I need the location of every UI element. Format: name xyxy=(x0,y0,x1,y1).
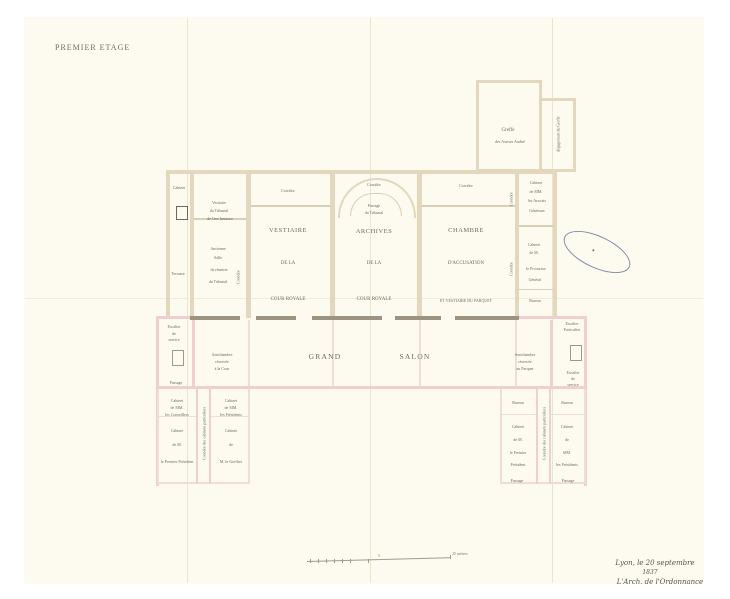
sw-cabinet-a-label: les Conseillers xyxy=(165,412,188,417)
archives-label: ARCHIVES xyxy=(356,228,393,235)
sw-cabinet-b-label: Cabinet xyxy=(171,428,183,433)
fold-line xyxy=(187,18,188,583)
west-stair-label: service xyxy=(168,337,179,342)
archives-label: COUR ROYALE xyxy=(357,297,392,302)
north-wall xyxy=(166,170,536,174)
se-bureau-a-label: Bureau xyxy=(512,400,524,405)
east-service-stair-label: de xyxy=(571,376,575,381)
salon-partition xyxy=(550,320,553,386)
corridor-line xyxy=(422,205,515,207)
vestiaire-cour-label: COUR ROYALE xyxy=(271,297,306,302)
salon-north-wall-east xyxy=(519,316,587,319)
cabinet-avocats-label: Généraux xyxy=(529,208,545,213)
east-service-stair-label: service xyxy=(567,382,578,387)
sw-corridor-label: Corridor des cabinets particuliers xyxy=(202,398,207,468)
greffe-room xyxy=(476,80,542,172)
west-antechamber-label: réservée xyxy=(215,359,228,364)
corridor-vertical-label: Corridor xyxy=(236,262,241,292)
sw-cabinet-c-label: de MM. xyxy=(225,405,238,410)
scale-mid-label: 5 xyxy=(378,553,380,558)
partition-line xyxy=(551,414,584,415)
ne-bureau-label: Bureau xyxy=(529,298,541,303)
corridor-line xyxy=(251,205,330,207)
ne-corridor-label: Corridor xyxy=(509,255,514,283)
salon-north-wall xyxy=(395,316,441,320)
grand-salon-label: GRAND xyxy=(309,352,342,361)
sw-cabinet-b-label: de M. xyxy=(172,442,181,447)
chambre-corridor-label: Corridor xyxy=(459,183,473,188)
se-cabinet-f-label: de xyxy=(565,437,569,442)
cabinet-avocats-label: Cabinet xyxy=(530,180,542,185)
se-corridor-wall xyxy=(536,389,538,484)
salon-north-wall xyxy=(455,316,519,320)
scale-tick xyxy=(326,559,327,563)
se-passage-label: Passage xyxy=(562,478,575,483)
cabinet-procureur-label: le Procureur xyxy=(526,266,546,271)
stair-west xyxy=(172,350,184,366)
greffe-sub-label: des Assises Audité xyxy=(495,139,525,144)
ancienne-salle-label: de réunion xyxy=(211,267,228,272)
sw-cabinet-d-label: Cabinet xyxy=(225,428,237,433)
salon-north-wall xyxy=(256,316,296,320)
ancienne-salle-label: Ancienne xyxy=(210,246,225,251)
interior-wall xyxy=(417,174,422,318)
archives-label: DE LA xyxy=(367,261,382,266)
sw-cabinet-a-label: Cabinet xyxy=(171,398,183,403)
sw-cabinet-d-label: M. le Greffier xyxy=(220,459,242,464)
partition-line xyxy=(519,289,553,290)
chambre-label: D'ACCUSATION xyxy=(448,261,484,266)
north-wall-east xyxy=(536,170,556,174)
sw-corridor-wall xyxy=(196,389,198,484)
west-passage-label: Passage xyxy=(170,380,183,385)
corridor-label: Corridor xyxy=(281,188,295,193)
se-cabinet-e-label: le Premier xyxy=(510,450,527,455)
vestiaire-cour-label: DE LA xyxy=(281,261,296,266)
salon-column-line xyxy=(248,320,250,386)
grand-salon-label: SALON xyxy=(399,352,430,361)
se-cabinet-f-label: les Présidents xyxy=(556,462,578,467)
se-cabinet-f-label: Cabinet xyxy=(561,424,573,429)
interior-wall xyxy=(515,174,519,318)
east-antechamber-label: au Parquet xyxy=(517,366,534,371)
east-stair-label: Particulier xyxy=(564,327,581,332)
east-antechamber-label: Antichambre xyxy=(515,352,536,357)
east-service-stair-label: Escalier xyxy=(567,370,580,375)
sw-cabinet-d-label: de xyxy=(229,442,233,447)
interior-wall xyxy=(330,174,335,318)
greffe-side-label: dégagement du Greffe xyxy=(556,108,561,160)
scale-tick xyxy=(334,559,335,563)
salon-partition xyxy=(192,320,195,386)
se-corridor-label: Corridor des cabinets particuliers xyxy=(542,398,547,468)
chambre-label: ET VESTIAIRE DU PARQUET xyxy=(440,298,492,303)
sw-cabinet-b-label: le Premier Président xyxy=(161,459,193,464)
sw-corridor-wall xyxy=(209,389,211,484)
west-antechamber-label: Antichambre xyxy=(212,352,233,357)
cabinet-avocats-label: de MM. xyxy=(530,189,543,194)
west-wall xyxy=(166,170,170,318)
chambre-label: CHAMBRE xyxy=(448,227,484,234)
east-antechamber-label: réservée xyxy=(518,359,531,364)
scale-tick xyxy=(310,559,311,563)
ne-corridor-label: Corridor xyxy=(509,185,514,213)
partition-line xyxy=(519,225,553,227)
interior-wall xyxy=(246,174,251,318)
signature-line-3: L'Arch. de l'Ordonnance xyxy=(617,578,703,586)
cabinet-procureur-label: Cabinet xyxy=(528,242,540,247)
cabinet-procureur-label: Général xyxy=(529,277,542,282)
vestiaire-cour-label: VESTIAIRE xyxy=(269,227,307,234)
east-wall xyxy=(553,170,557,318)
scale-tick xyxy=(368,559,369,563)
salon-north-wall xyxy=(190,316,240,320)
passage-tribunal-label: Passage xyxy=(368,203,381,208)
ancienne-salle-label: du Tribunal xyxy=(209,279,228,284)
archives-corridor-label: Corridor xyxy=(367,182,381,187)
signature-line-2: 1837 xyxy=(642,569,657,576)
cabinet-procureur-label: de M. xyxy=(529,250,538,255)
stair-east xyxy=(570,345,582,361)
west-antechamber-label: à la Cour xyxy=(215,366,230,371)
sw-cabinet-a-label: de MM. xyxy=(171,405,184,410)
se-cabinet-e-label: Président xyxy=(511,462,526,467)
vestiaire-tribunal-label: de 1ère Instance xyxy=(207,216,233,221)
sheet-title: PREMIER ETAGE xyxy=(55,43,130,52)
se-passage-label: Passage xyxy=(511,478,524,483)
partition-line xyxy=(502,414,536,415)
scale-tick xyxy=(350,559,351,563)
east-stair-label: Escalier xyxy=(566,321,579,326)
scale-tick xyxy=(450,555,451,559)
west-stair-label: de xyxy=(172,331,176,336)
scale-end-label: 25 mètres xyxy=(452,551,468,556)
west-stair-label: Escalier xyxy=(168,324,181,329)
se-corridor-wall xyxy=(549,389,551,484)
interior-wall xyxy=(190,174,194,318)
signature-line-1: Lyon, le 20 septembre xyxy=(615,559,694,567)
nw-cabinet-label: Cabinet xyxy=(173,185,185,190)
salon-north-wall xyxy=(312,316,382,320)
se-cabinet-f-label: MM. xyxy=(563,450,571,455)
se-bureau-b-label: Bureau xyxy=(561,400,573,405)
vestiaire-tribunal-label: Vestiaire xyxy=(212,200,226,205)
sw-cabinet-c-label: Cabinet xyxy=(225,398,237,403)
se-cabinet-e-label: Cabinet xyxy=(512,424,524,429)
ancienne-salle-label: Salle xyxy=(214,255,222,260)
scale-tick xyxy=(342,559,343,563)
cabinet-avocats-label: les Avocats xyxy=(528,198,546,203)
terrasse-label: Terrasse xyxy=(171,271,184,276)
stamp-dot xyxy=(592,249,595,252)
sw-cabinet-c-label: les Présidents xyxy=(220,412,242,417)
passage-tribunal-label: du Tribunal xyxy=(365,210,384,215)
vestiaire-tribunal-label: du Tribunal xyxy=(210,208,229,213)
se-cabinet-e-label: de M. xyxy=(513,437,522,442)
scale-tick xyxy=(318,559,319,563)
salon-north-wall-west xyxy=(156,316,190,319)
greffe-label: Greffe xyxy=(502,128,515,133)
stair-northwest xyxy=(176,206,188,220)
